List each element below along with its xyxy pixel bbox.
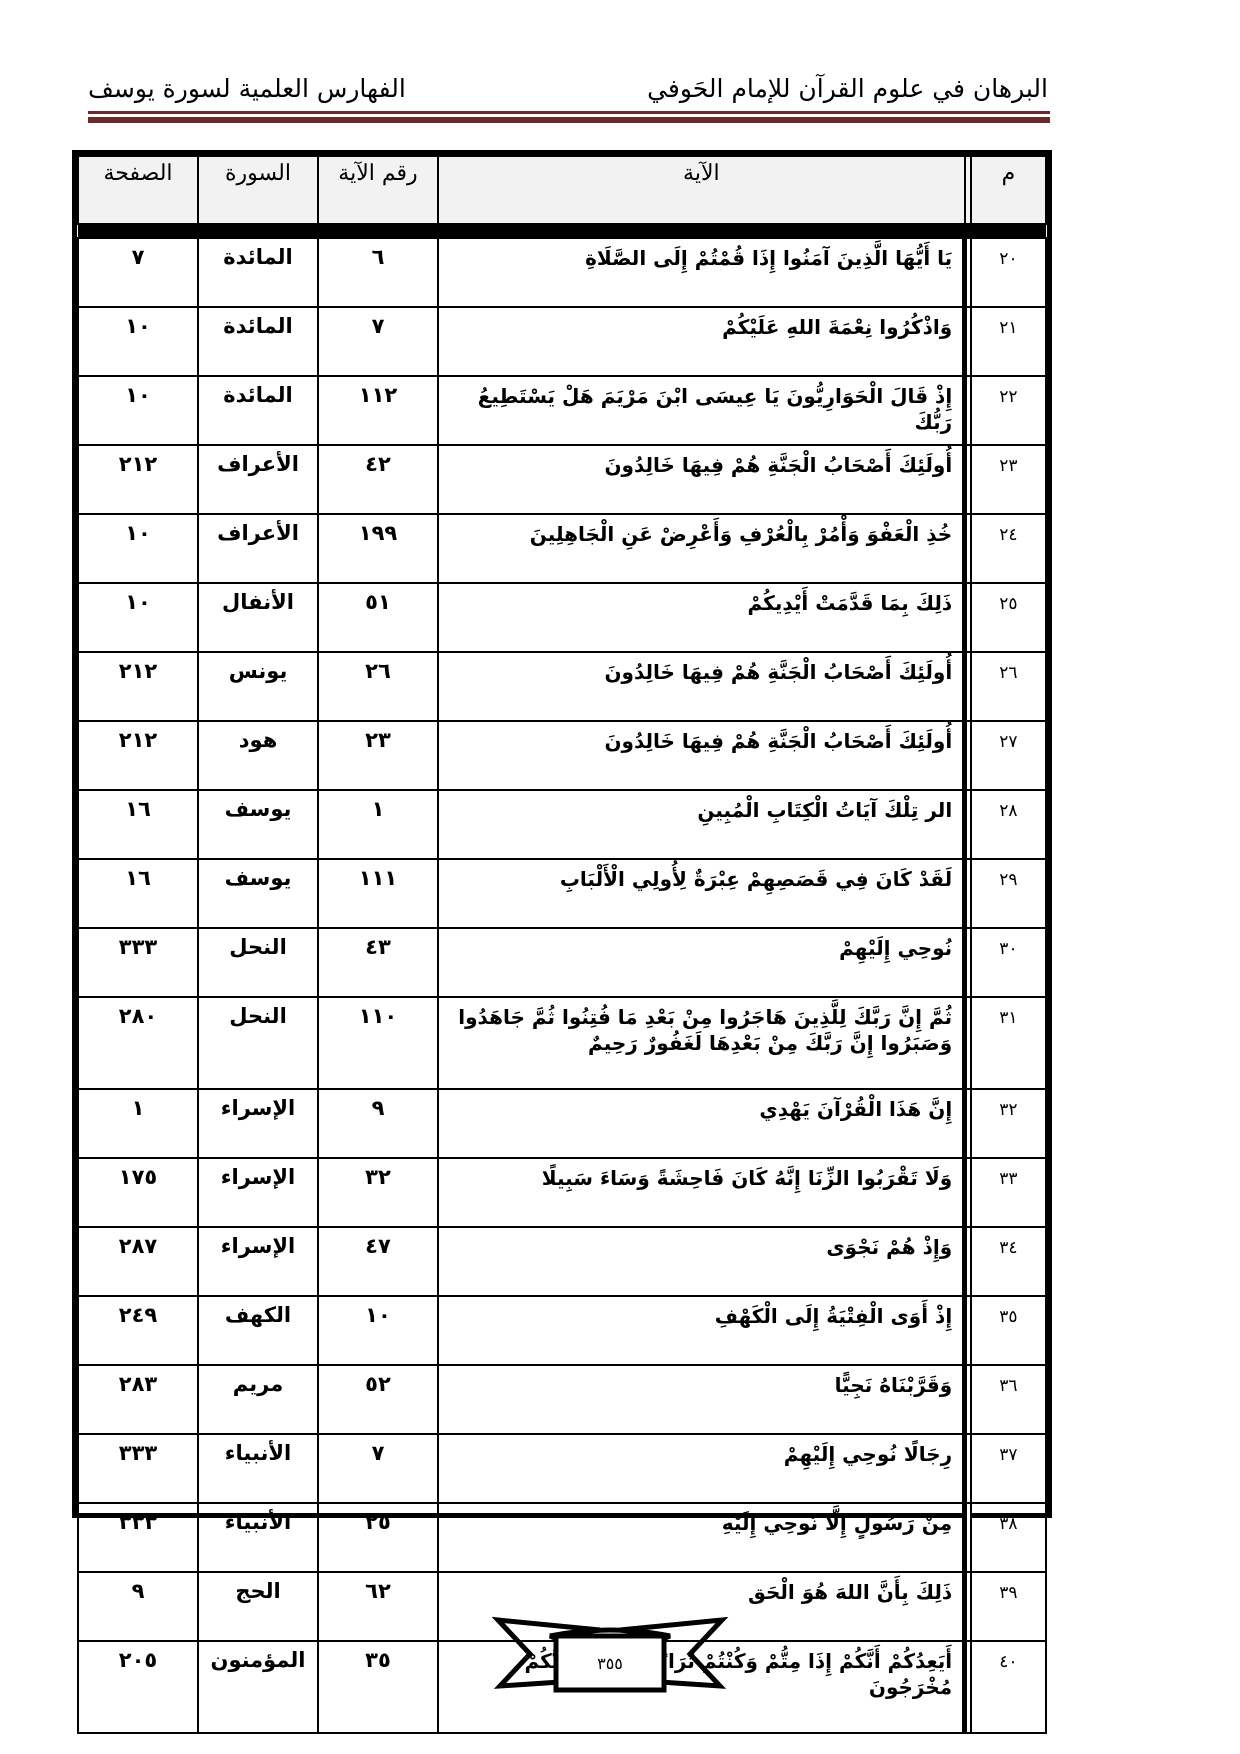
column-separator	[965, 1158, 971, 1227]
table-row: ٢٢إِذْ قَالَ الْحَوَارِيُّونَ يَا عِيسَى…	[78, 376, 1046, 445]
verse-index-table: م الآية رقم الآية السورة الصفحة ٢٠يَا أَ…	[77, 155, 1047, 1734]
table-row: ٣٨مِنْ رَسُولٍ إِلَّا نُوحِي إِلَيْهِ٢٥ا…	[78, 1503, 1046, 1572]
table-row: ٢٣أُولَئِكَ أَصْحَابُ الْجَنَّةِ هُمْ فِ…	[78, 445, 1046, 514]
header-separator	[78, 224, 1046, 238]
row-index: ٣٠	[971, 928, 1046, 997]
row-page: ١٠	[78, 307, 198, 376]
row-ayah-number: ٤٢	[318, 445, 438, 514]
column-separator	[965, 1089, 971, 1158]
table-row: ٣٧رِجَالًا نُوحِي إِلَيْهِمْ٧الأنبياء٣٣٣	[78, 1434, 1046, 1503]
row-surah: الأنبياء	[198, 1503, 318, 1572]
row-surah: الأنبياء	[198, 1434, 318, 1503]
row-surah: الإسراء	[198, 1089, 318, 1158]
row-verse: مِنْ رَسُولٍ إِلَّا نُوحِي إِلَيْهِ	[438, 1503, 965, 1572]
row-ayah-number: ٢٦	[318, 652, 438, 721]
row-verse: إِذْ أَوَى الْفِتْيَةُ إِلَى الْكَهْفِ	[438, 1296, 965, 1365]
row-page: ٢٤٩	[78, 1296, 198, 1365]
row-verse: وَلَا تَقْرَبُوا الزِّنَا إِنَّهُ كَانَ …	[438, 1158, 965, 1227]
table-row: ٢١وَاذْكُرُوا نِعْمَةَ اللهِ عَلَيْكُمْ٧…	[78, 307, 1046, 376]
row-surah: هود	[198, 721, 318, 790]
row-surah: النحل	[198, 928, 318, 997]
column-separator	[965, 1296, 971, 1365]
table-row: ٢٥ذَلِكَ بِمَا قَدَّمَتْ أَيْدِيكُمْ٥١ال…	[78, 583, 1046, 652]
table-row: ٣٦وَقَرَّبْنَاهُ نَجِيًّا٥٢مريم٢٨٣	[78, 1365, 1046, 1434]
row-surah: الإسراء	[198, 1227, 318, 1296]
row-page: ٢١٢	[78, 445, 198, 514]
header-verse: الآية	[438, 156, 965, 224]
row-ayah-number: ١	[318, 790, 438, 859]
row-ayah-number: ١٠	[318, 1296, 438, 1365]
page-header: البرهان في علوم القرآن للإمام الحَوفي ال…	[88, 68, 1048, 108]
row-page: ١٠	[78, 376, 198, 445]
row-verse: إِنَّ هَذَا الْقُرْآنَ يَهْدِي	[438, 1089, 965, 1158]
row-index: ٢٠	[971, 238, 1046, 307]
row-surah: يوسف	[198, 790, 318, 859]
row-verse: أُولَئِكَ أَصْحَابُ الْجَنَّةِ هُمْ فِيه…	[438, 721, 965, 790]
row-surah: يوسف	[198, 859, 318, 928]
row-verse: يَا أَيُّهَا الَّذِينَ آمَنُوا إِذَا قُم…	[438, 238, 965, 307]
row-index: ٢٥	[971, 583, 1046, 652]
row-verse: أُولَئِكَ أَصْحَابُ الْجَنَّةِ هُمْ فِيه…	[438, 652, 965, 721]
row-verse: إِذْ قَالَ الْحَوَارِيُّونَ يَا عِيسَى ا…	[438, 376, 965, 445]
row-index: ٣٤	[971, 1227, 1046, 1296]
row-verse: وَإِذْ هُمْ نَجْوَى	[438, 1227, 965, 1296]
row-page: ١٠	[78, 514, 198, 583]
table-row: ٣٢إِنَّ هَذَا الْقُرْآنَ يَهْدِي٩الإسراء…	[78, 1089, 1046, 1158]
row-verse: ذَلِكَ بِمَا قَدَّمَتْ أَيْدِيكُمْ	[438, 583, 965, 652]
row-page: ٢٠٥	[78, 1641, 198, 1733]
table-row: ٣٣وَلَا تَقْرَبُوا الزِّنَا إِنَّهُ كَان…	[78, 1158, 1046, 1227]
row-surah: الكهف	[198, 1296, 318, 1365]
table-row: ٢٧أُولَئِكَ أَصْحَابُ الْجَنَّةِ هُمْ فِ…	[78, 721, 1046, 790]
row-surah: الأعراف	[198, 445, 318, 514]
row-page: ١٠	[78, 583, 198, 652]
row-ayah-number: ٧	[318, 1434, 438, 1503]
table-row: ٢٠يَا أَيُّهَا الَّذِينَ آمَنُوا إِذَا ق…	[78, 238, 1046, 307]
row-surah: الأعراف	[198, 514, 318, 583]
row-ayah-number: ٦٢	[318, 1572, 438, 1641]
row-index: ٢٢	[971, 376, 1046, 445]
row-surah: الإسراء	[198, 1158, 318, 1227]
header-rule-thin	[88, 111, 1050, 114]
row-surah: المائدة	[198, 238, 318, 307]
column-separator	[965, 376, 971, 445]
table-row: ٣٥إِذْ أَوَى الْفِتْيَةُ إِلَى الْكَهْفِ…	[78, 1296, 1046, 1365]
row-ayah-number: ١١١	[318, 859, 438, 928]
column-separator	[965, 238, 971, 307]
row-index: ٢٧	[971, 721, 1046, 790]
column-separator	[965, 307, 971, 376]
table-row: ٢٨الر تِلْكَ آيَاتُ الْكِتَابِ الْمُبِين…	[78, 790, 1046, 859]
page-number: ٣٥٥	[490, 1654, 730, 1673]
row-verse: وَاذْكُرُوا نِعْمَةَ اللهِ عَلَيْكُمْ	[438, 307, 965, 376]
row-verse: أُولَئِكَ أَصْحَابُ الْجَنَّةِ هُمْ فِيه…	[438, 445, 965, 514]
column-separator	[965, 1227, 971, 1296]
table-header-row: م الآية رقم الآية السورة الصفحة	[78, 156, 1046, 224]
row-page: ٩	[78, 1572, 198, 1641]
column-separator	[965, 583, 971, 652]
header-ayah-number: رقم الآية	[318, 156, 438, 224]
table-row: ٢٤خُذِ الْعَفْوَ وَأْمُرْ بِالْعُرْفِ وَ…	[78, 514, 1046, 583]
row-index: ٣٣	[971, 1158, 1046, 1227]
row-surah: المائدة	[198, 376, 318, 445]
row-page: ١	[78, 1089, 198, 1158]
verse-index-table-wrapper: م الآية رقم الآية السورة الصفحة ٢٠يَا أَ…	[72, 150, 1052, 1518]
header-index: م	[971, 156, 1046, 224]
table-row: ٣٤وَإِذْ هُمْ نَجْوَى٤٧الإسراء٢٨٧	[78, 1227, 1046, 1296]
row-ayah-number: ٢٥	[318, 1503, 438, 1572]
row-verse: وَقَرَّبْنَاهُ نَجِيًّا	[438, 1365, 965, 1434]
column-separator	[965, 721, 971, 790]
row-ayah-number: ٥٢	[318, 1365, 438, 1434]
row-index: ٢٤	[971, 514, 1046, 583]
row-ayah-number: ٣٢	[318, 1158, 438, 1227]
row-ayah-number: ١١٢	[318, 376, 438, 445]
row-page: ١٧٥	[78, 1158, 198, 1227]
row-index: ٣٨	[971, 1503, 1046, 1572]
column-separator	[965, 1572, 971, 1641]
row-page: ٣٣٣	[78, 1434, 198, 1503]
book-title: البرهان في علوم القرآن للإمام الحَوفي	[647, 74, 1048, 103]
column-separator	[965, 997, 971, 1089]
row-index: ٣٩	[971, 1572, 1046, 1641]
row-index: ٢١	[971, 307, 1046, 376]
row-surah: النحل	[198, 997, 318, 1089]
row-verse: خُذِ الْعَفْوَ وَأْمُرْ بِالْعُرْفِ وَأَ…	[438, 514, 965, 583]
table-row: ٣٠نُوحِي إِلَيْهِمْ٤٣النحل٣٣٣	[78, 928, 1046, 997]
row-page: ٢١٢	[78, 721, 198, 790]
row-page: ٢٨٣	[78, 1365, 198, 1434]
row-ayah-number: ١٩٩	[318, 514, 438, 583]
row-index: ٣٧	[971, 1434, 1046, 1503]
column-separator	[965, 1365, 971, 1434]
row-index: ٣١	[971, 997, 1046, 1089]
row-ayah-number: ٣٥	[318, 1641, 438, 1733]
row-page: ٣٣٣	[78, 928, 198, 997]
row-ayah-number: ٦	[318, 238, 438, 307]
row-page: ٢٨٧	[78, 1227, 198, 1296]
row-surah: الأنفال	[198, 583, 318, 652]
row-index: ٢٩	[971, 859, 1046, 928]
row-verse: ثُمَّ إِنَّ رَبَّكَ لِلَّذِينَ هَاجَرُوا…	[438, 997, 965, 1089]
row-index: ٢٣	[971, 445, 1046, 514]
row-surah: الحج	[198, 1572, 318, 1641]
column-separator	[965, 445, 971, 514]
row-ayah-number: ٤٣	[318, 928, 438, 997]
row-page: ٧	[78, 238, 198, 307]
row-verse: رِجَالًا نُوحِي إِلَيْهِمْ	[438, 1434, 965, 1503]
column-separator	[965, 1641, 971, 1733]
row-page: ٢٨٠	[78, 997, 198, 1089]
column-separator	[965, 1503, 971, 1572]
column-separator	[965, 652, 971, 721]
row-surah: المؤمنون	[198, 1641, 318, 1733]
header-surah: السورة	[198, 156, 318, 224]
row-ayah-number: ٧	[318, 307, 438, 376]
row-verse: لَقَدْ كَانَ فِي قَصَصِهِمْ عِبْرَةٌ لِأ…	[438, 859, 965, 928]
row-index: ٣٥	[971, 1296, 1046, 1365]
header-page: الصفحة	[78, 156, 198, 224]
column-separator	[965, 928, 971, 997]
row-surah: يونس	[198, 652, 318, 721]
row-ayah-number: ٩	[318, 1089, 438, 1158]
column-separator	[965, 859, 971, 928]
table-row: ٣١ثُمَّ إِنَّ رَبَّكَ لِلَّذِينَ هَاجَرُ…	[78, 997, 1046, 1089]
table-row: ٢٩لَقَدْ كَانَ فِي قَصَصِهِمْ عِبْرَةٌ ل…	[78, 859, 1046, 928]
row-index: ٣٦	[971, 1365, 1046, 1434]
row-page: ٣٣٣	[78, 1503, 198, 1572]
row-index: ٢٨	[971, 790, 1046, 859]
column-separator	[965, 156, 971, 224]
row-index: ٣٢	[971, 1089, 1046, 1158]
row-page: ٢١٢	[78, 652, 198, 721]
row-ayah-number: ٥١	[318, 583, 438, 652]
row-verse: نُوحِي إِلَيْهِمْ	[438, 928, 965, 997]
row-index: ٢٦	[971, 652, 1046, 721]
row-verse: الر تِلْكَ آيَاتُ الْكِتَابِ الْمُبِينِ	[438, 790, 965, 859]
column-separator	[965, 1434, 971, 1503]
row-ayah-number: ٢٣	[318, 721, 438, 790]
row-page: ١٦	[78, 859, 198, 928]
row-surah: مريم	[198, 1365, 318, 1434]
column-separator	[965, 790, 971, 859]
table-row: ٢٦أُولَئِكَ أَصْحَابُ الْجَنَّةِ هُمْ فِ…	[78, 652, 1046, 721]
row-index: ٤٠	[971, 1641, 1046, 1733]
row-ayah-number: ١١٠	[318, 997, 438, 1089]
row-page: ١٦	[78, 790, 198, 859]
column-separator	[965, 514, 971, 583]
row-surah: المائدة	[198, 307, 318, 376]
header-rule-thick	[88, 117, 1050, 123]
page-number-ribbon: ٣٥٥	[490, 1610, 730, 1700]
row-ayah-number: ٤٧	[318, 1227, 438, 1296]
section-title: الفهارس العلمية لسورة يوسف	[88, 74, 406, 103]
